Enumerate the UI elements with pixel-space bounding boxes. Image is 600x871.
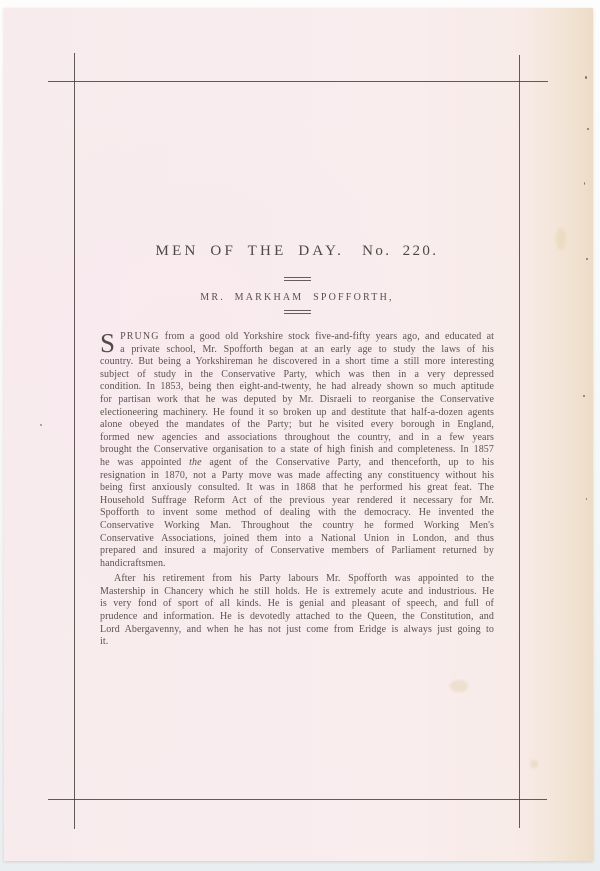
paragraph-1-text-b: agent of the Conservative Party, and the… — [100, 457, 494, 569]
frame-rule-left — [74, 53, 75, 829]
italic-word: the — [189, 457, 202, 468]
paper-speck — [584, 182, 585, 185]
subject-name: MR. MARKHAM SPOFFORTH, — [74, 292, 520, 303]
ornament-rule-upper — [284, 277, 311, 281]
paper-speck — [40, 424, 42, 426]
paragraph-1: SPRUNG from a good old Yorkshire stock f… — [100, 331, 494, 570]
frame-rule-right — [519, 55, 520, 828]
paper-speck — [586, 498, 587, 500]
issue-number: No. 220. — [362, 243, 438, 259]
paragraph-1-text-a: from a good old Yorkshire stock five-and… — [100, 331, 494, 468]
ornament-rule-lower — [284, 310, 311, 314]
article-body: SPRUNG from a good old Yorkshire stock f… — [100, 331, 494, 649]
drop-cap: S — [100, 331, 120, 355]
frame-rule-top — [48, 81, 548, 82]
series-title: MEN OF THE DAY. — [156, 243, 345, 259]
lead-word: PRUNG — [120, 331, 159, 342]
foxing-stain — [556, 228, 566, 250]
page-title: MEN OF THE DAY.No. 220. — [74, 243, 520, 260]
paper-speck — [587, 128, 589, 130]
foxing-stain — [530, 760, 538, 768]
paragraph-2: After his retirement from his Party labo… — [100, 573, 494, 649]
paper-speck — [586, 258, 588, 260]
paper-speck — [585, 76, 587, 79]
frame-rule-bottom — [48, 799, 547, 800]
paper-speck — [583, 395, 585, 397]
foxing-stain — [450, 680, 468, 692]
scanned-document-page: MEN OF THE DAY.No. 220. MR. MARKHAM SPOF… — [0, 0, 600, 871]
